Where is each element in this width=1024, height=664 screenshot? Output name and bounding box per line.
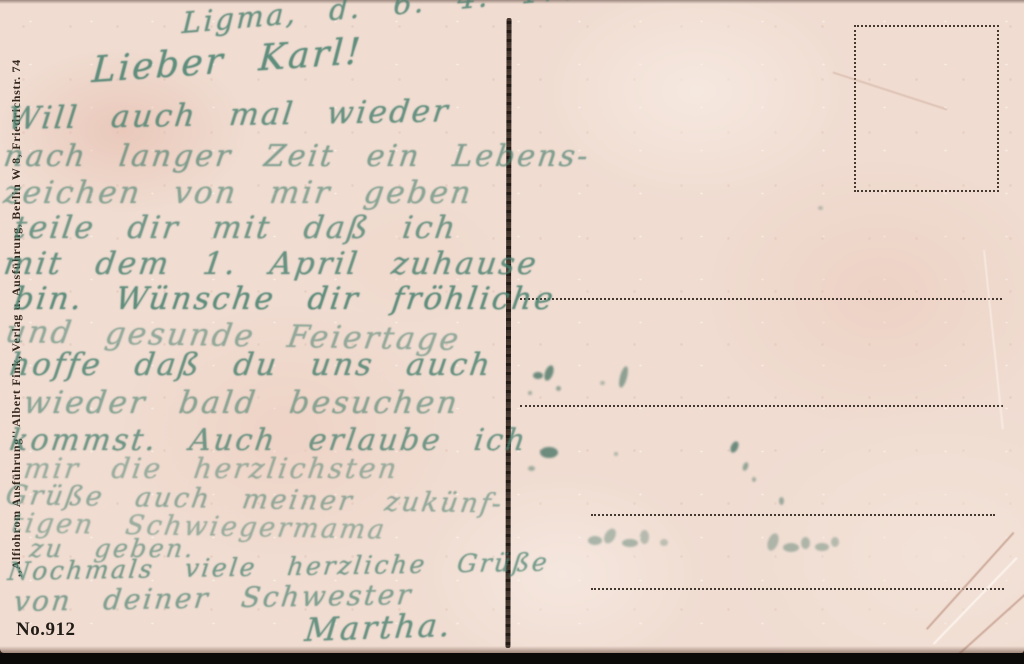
handwriting-line: bin. Wünsche dir fröhliche bbox=[11, 281, 557, 317]
ink-smudge bbox=[818, 206, 823, 210]
photo-edge-bottom bbox=[0, 653, 1024, 664]
handwriting-date: Ligma, d. 6. 4. 17. bbox=[181, 0, 576, 40]
ink-smudge bbox=[640, 530, 649, 544]
handwriting-signature: Martha. bbox=[303, 606, 454, 649]
handwriting-salutation: Lieber Karl! bbox=[91, 31, 365, 91]
handwriting-layer: Ligma, d. 6. 4. 17. Lieber Karl! Will au… bbox=[0, 0, 1024, 653]
ink-smudge bbox=[660, 539, 668, 546]
ink-smudge bbox=[533, 372, 543, 379]
ink-smudge bbox=[540, 447, 558, 458]
ink-smudge bbox=[588, 536, 602, 545]
handwriting-line: mit dem 1. April zuhause bbox=[1, 246, 540, 282]
ink-smudge bbox=[815, 543, 829, 551]
ink-smudge bbox=[614, 452, 618, 456]
ink-smudge bbox=[779, 497, 784, 505]
ink-smudge bbox=[783, 543, 799, 552]
ink-smudge bbox=[600, 381, 605, 385]
ink-smudge bbox=[801, 537, 810, 549]
ink-smudge bbox=[622, 539, 638, 547]
ink-smudge bbox=[556, 386, 561, 391]
postcard-back: ,,Alfiohrom Ausführung'' Albert Fink, Ve… bbox=[0, 0, 1024, 653]
ink-smudge bbox=[831, 537, 839, 547]
handwriting-line: teile dir mit daß ich bbox=[11, 210, 460, 246]
handwriting-line: Will auch mal wieder bbox=[6, 93, 452, 137]
handwriting-line: mir die herzlichsten bbox=[22, 452, 401, 485]
handwriting-line: zeichen von mir geben bbox=[1, 175, 475, 211]
postcard-scan: ,,Alfiohrom Ausführung'' Albert Fink, Ve… bbox=[0, 0, 1024, 664]
handwriting-line: wieder bald besuchen bbox=[21, 385, 461, 421]
handwriting-line: nach langer Zeit ein Lebens- bbox=[2, 139, 593, 174]
ink-smudge bbox=[528, 391, 532, 395]
ink-smudge bbox=[528, 466, 535, 471]
ink-smudge bbox=[752, 477, 756, 482]
handwriting-line: hoffe daß du uns auch bbox=[7, 347, 494, 383]
